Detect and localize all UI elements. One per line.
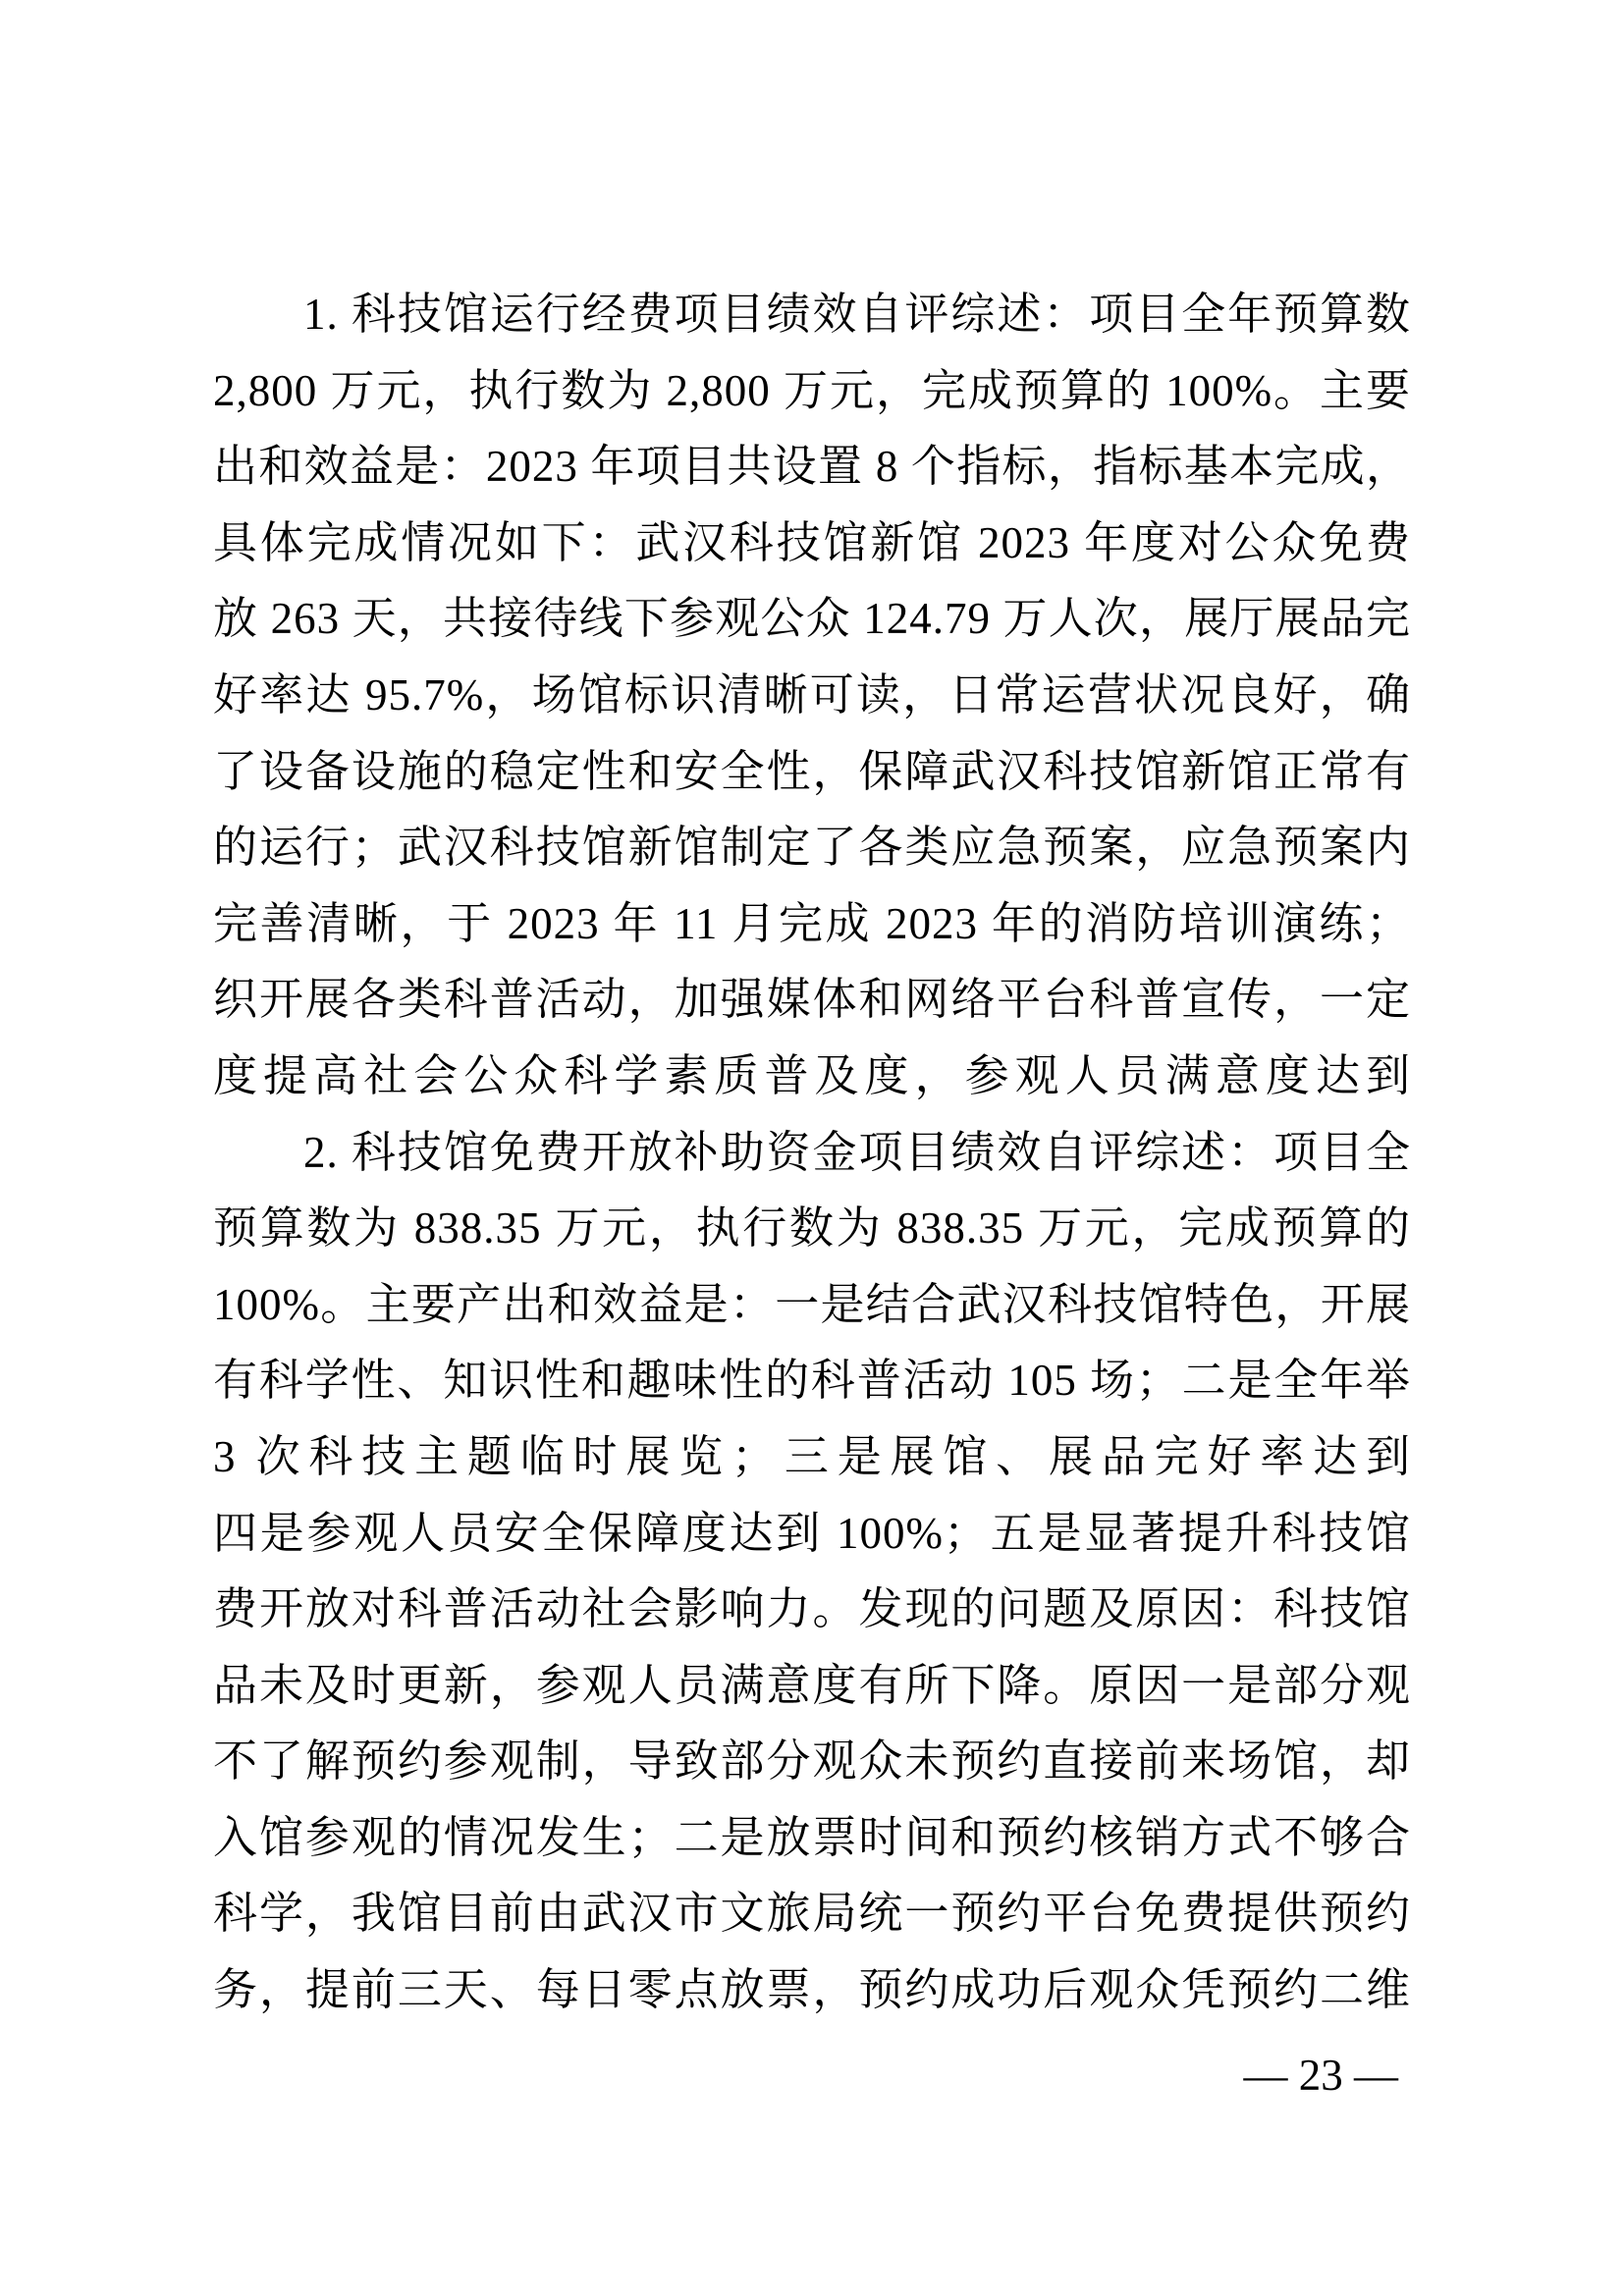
text-line: 科学，我馆目前由武汉市文旅局统一预约平台免费提供预约服	[213, 1876, 1411, 1952]
text-line: 2,800 万元，执行数为 2,800 万元，完成预算的 100%。主要产	[213, 353, 1411, 430]
text-line: 100%。主要产出和效益是：一是结合武汉科技馆特色，开展具	[213, 1267, 1411, 1344]
text-line: 预算数为 838.35 万元，执行数为 838.35 万元，完成预算的	[213, 1191, 1411, 1267]
text-line: 出和效益是：2023 年项目共设置 8 个指标，指标基本完成，	[213, 429, 1411, 506]
body-text-block: 1. 科技馆运行经费项目绩效自评综述：项目全年预算数为2,800 万元，执行数为…	[213, 277, 1411, 2029]
text-line: 入馆参观的情况发生；二是放票时间和预约核销方式不够合理、	[213, 1800, 1411, 1877]
text-line: 2. 科技馆免费开放补助资金项目绩效自评综述：项目全年	[213, 1115, 1411, 1192]
text-line: 具体完成情况如下：武汉科技馆新馆 2023 年度对公众免费开	[213, 506, 1411, 582]
text-line: 品未及时更新，参观人员满意度有所下降。原因一是部分观众	[213, 1648, 1411, 1725]
text-line: 度提高社会公众科学素质普及度，参观人员满意度达到 79%。	[213, 1039, 1411, 1115]
text-line: 放 263 天，共接待线下参观公众 124.79 万人次，展厅展品完	[213, 581, 1411, 658]
text-line: 好率达 95.7%，场馆标识清晰可读，日常运营状况良好，确保	[213, 658, 1411, 734]
text-line: 织开展各类科普活动，加强媒体和网络平台科普宣传，一定程	[213, 962, 1411, 1039]
text-line: 完善清晰，于 2023 年 11 月完成 2023 年的消防培训演练；组	[213, 886, 1411, 963]
text-line: 有科学性、知识性和趣味性的科普活动 105 场；二是全年举办	[213, 1343, 1411, 1419]
document-page: 1. 科技馆运行经费项目绩效自评综述：项目全年预算数为2,800 万元，执行数为…	[0, 0, 1624, 2296]
text-line: 务，提前三天、每日零点放票，预约成功后观众凭预约二维码扫	[213, 1952, 1411, 2029]
page-footer: — 23 —	[1244, 2038, 1399, 2113]
text-line: 四是参观人员安全保障度达到 100%；五是显著提升科技馆免	[213, 1496, 1411, 1573]
text-line: 1. 科技馆运行经费项目绩效自评综述：项目全年预算数为	[213, 277, 1411, 353]
text-line: 不了解预约参观制，导致部分观众未预约直接前来场馆，却无法	[213, 1724, 1411, 1800]
text-line: 的运行；武汉科技馆新馆制定了各类应急预案，应急预案内容	[213, 810, 1411, 886]
text-line: 了设备设施的稳定性和安全性，保障武汉科技馆新馆正常有序	[213, 734, 1411, 811]
text-line: 3 次科技主题临时展览；三是展馆、展品完好率达到 95.7%；	[213, 1419, 1411, 1496]
page-number: — 23 —	[1244, 2051, 1399, 2100]
text-line: 费开放对科普活动社会影响力。发现的问题及原因：科技馆展	[213, 1572, 1411, 1648]
